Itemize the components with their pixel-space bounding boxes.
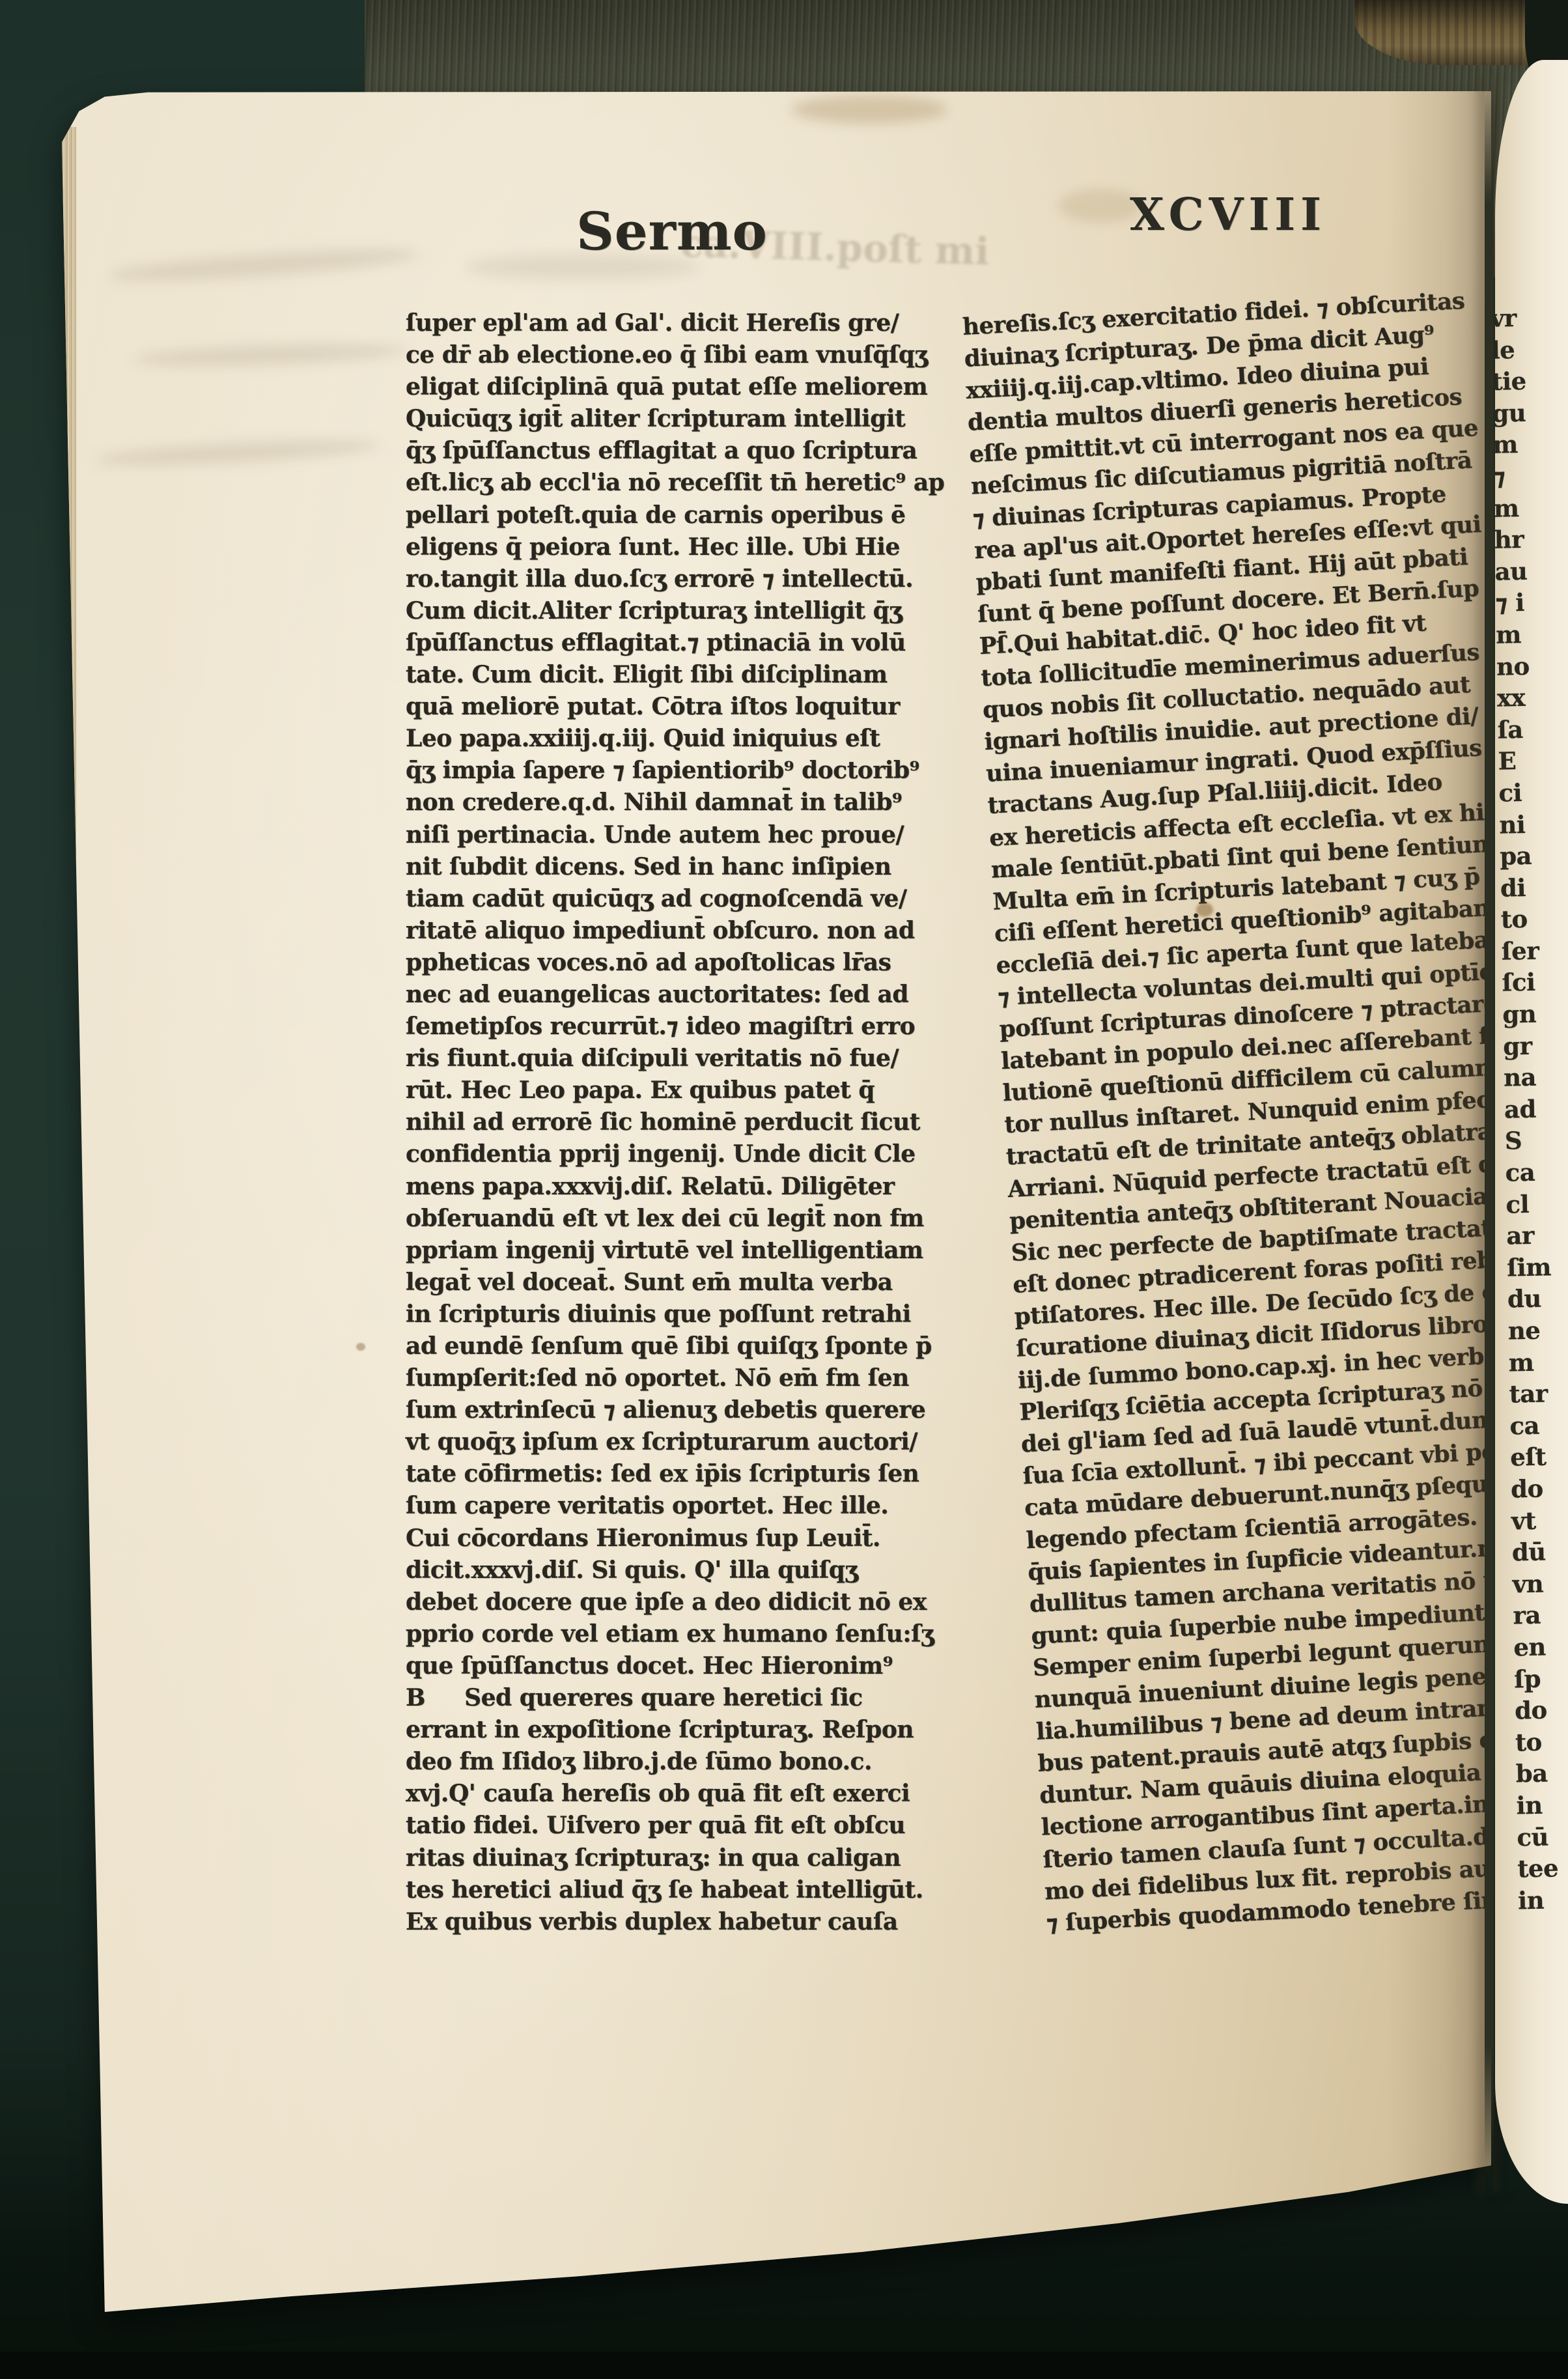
showthrough-smudge [133, 341, 408, 370]
next-page-text-fragments: vr le tie gu m ⁊ m hr au ⁊ i m no xx ſa … [1495, 302, 1562, 1917]
stain [356, 1343, 365, 1351]
book-page: ca.VIII.poſt mi Sermo XCVIII ſuper epl'a… [62, 91, 1491, 2312]
showthrough-smudge [94, 436, 382, 470]
scan-bottom-bar [0, 2352, 1568, 2379]
stain [791, 95, 947, 124]
stain [1196, 903, 1213, 917]
gutter-shading [1387, 91, 1491, 2201]
scanned-book-photo: ca.VIII.poſt mi Sermo XCVIII ſuper epl'a… [0, 0, 1568, 2379]
folio-number: XCVIII [1130, 189, 1326, 241]
text-column-left: ſuper epl'am ad Gal'. dicit Hereſis gre/… [406, 307, 956, 1938]
next-page-edge: vr le tie gu m ⁊ m hr au ⁊ i m no xx ſa … [1495, 60, 1568, 2204]
page-gutter [1485, 77, 1494, 2193]
running-title: Sermo [576, 201, 768, 262]
showthrough-smudge [107, 243, 420, 287]
